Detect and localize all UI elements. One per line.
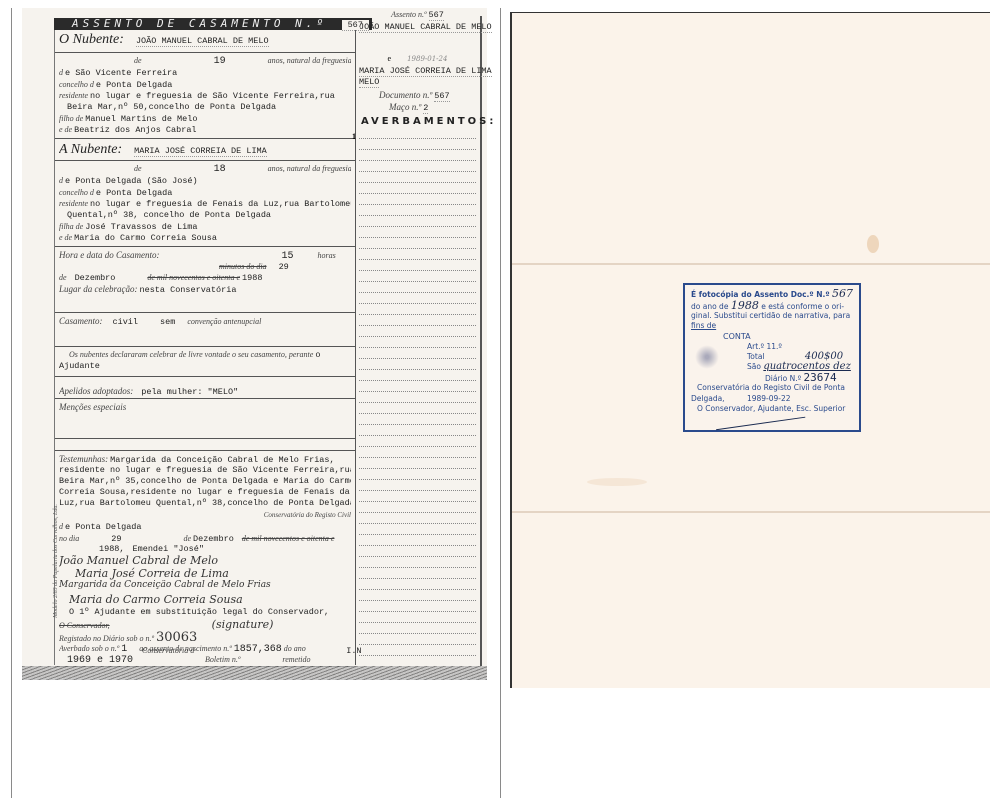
groom-father-row: filho de Manuel Martins de Melo [59,114,351,124]
averbamento-line [359,369,476,370]
divider [55,312,355,313]
signature-witness-1: Margarida da Conceição Cabral de Melo Fr… [59,580,351,590]
divider [55,160,355,161]
averbamento-line [359,160,476,161]
averbamento-line [359,303,476,304]
groom-concelho-row: concelho d e Ponta Delgada [59,80,351,90]
averbamento-line [359,215,476,216]
averbamento-line [359,204,476,205]
bride-mother: Maria do Carmo Correia Sousa [74,233,217,243]
signature-witness-2: Maria do Carmo Correia Sousa [69,593,351,606]
groom-age-row: de 19 anos, natural da freguesia [59,56,351,67]
divider [55,376,355,377]
closing-year-row: 1988, Emendei "José" [59,544,351,554]
averbamento-line [359,270,476,271]
ceremony-place-row: Lugar da celebração: nesta Conservatória [59,284,351,295]
averbamento-line [359,655,476,656]
averbamento-line [359,182,476,183]
averbamento-line [359,336,476,337]
averbamento-line [359,556,476,557]
averbamento-line [359,413,476,414]
stamp-date: 1989-09-22 [747,394,791,403]
averbamento-line [359,391,476,392]
ceremony-day: 29 [279,262,289,272]
convention: sem [160,317,175,327]
bride-residence-row: residente no lugar e freguesia de Fenais… [59,199,351,209]
witness-row-2: Beira Mar,nº 35,concelho de Ponta Delgad… [59,476,351,486]
bride-age-row: de 18 anos, natural da freguesia [59,164,351,175]
fold-crease [512,511,990,513]
groom-residence-row-2: Beira Mar,nº 50,concelho de Ponta Delgad… [67,102,351,112]
side-bride: MARIA JOSÉ CORREIA DE LIMA [359,66,492,77]
groom-row: O Nubente: JOÃO MANUEL CABRAL DE MELO [59,32,351,48]
ceremony-day-row: minutos do dia 29 [59,262,351,272]
divider [55,346,355,347]
stain [867,235,879,253]
bride-name: MARIA JOSÉ CORREIA DE LIMA [134,146,267,157]
conta-label: CONTA [723,332,855,341]
averbamento-line [359,534,476,535]
witness-row-0: Testemunhas: Margarida da Conceição Cabr… [59,454,351,465]
bride-mother-row: e de Maria do Carmo Correia Sousa [59,233,351,243]
groom-residence-2: Beira Mar,nº 50,concelho de Ponta Delgad… [67,102,276,112]
bride-father: José Travassos de Lima [85,222,197,232]
emendation: Emendei "José" [133,544,204,554]
ceremony-time-row: Hora e data do Casamento: 15 horas [59,250,351,262]
divider [55,52,355,53]
divider [55,450,355,451]
fold-crease [512,263,990,265]
printer-margin-note: Modelo 2/85 da Papelaria dos Carvalhos, … [46,448,58,688]
ceremony-hour: 15 [282,251,294,262]
mencoes-row: Menções especiais [59,402,351,412]
ceremony-place: nesta Conservatória [140,285,237,295]
averbamento-line [359,523,476,524]
marriage-type: civil [113,317,139,327]
ceremony-month-row: de Dezembro de mil novecentos e oitenta … [59,273,351,283]
bride-row: A Nubente: MARIA JOSÉ CORREIA DE LIMA [59,142,351,158]
averbamento-line [359,578,476,579]
form-title: ASSENTO DE CASAMENTO N.º 567 [54,18,372,30]
averbamento-line [359,138,476,139]
averbamento-line [359,567,476,568]
averbamento-line [359,314,476,315]
averbamento-line [359,248,476,249]
documento-number: 567 [434,91,449,102]
registo-row: Registado no Diário sob o n.º 30063 [59,630,351,645]
groom-mother: Beatriz dos Anjos Cabral [74,125,196,135]
averbamento-line [359,193,476,194]
averbamento-line [359,402,476,403]
groom-parish: e São Vicente Ferreira [65,68,177,78]
ceremony-month: Dezembro [75,273,116,283]
divider [55,438,355,439]
bride-father-row: filha de José Travassos de Lima [59,222,351,232]
marriage-record-form: ASSENTO DE CASAMENTO N.º 567 O Nubente: … [22,8,487,678]
averbamento-line [359,259,476,260]
bride-concelho: e Ponta Delgada [96,188,173,198]
divider [55,398,355,399]
stain [587,478,647,486]
averbamento-line [359,281,476,282]
witness-row-1: residente no lugar e freguesia de São Vi… [59,465,351,475]
closing-month: Dezembro [193,534,234,544]
bride-residence-2: Quental,nº 38, concelho de Ponta Delgada [67,210,271,220]
averbamento-line [359,457,476,458]
averbamento-line [359,424,476,425]
averbamento-line [359,292,476,293]
averbamento-line [359,435,476,436]
groom-parish-row: d e São Vicente Ferreira [59,68,351,78]
side-column: Assento n.º 567 JOÃO MANUEL CABRAL DE ME… [355,16,482,666]
apelidos-value: pela mulher: "MELO" [141,387,238,397]
averbamento-line [359,325,476,326]
closing-date-row: no dia 29 de Dezembro de mil novecentos … [59,534,351,544]
side-groom: JOÃO MANUEL CABRAL DE MELO [359,22,492,33]
declaration-row: Os nubentes declararam celebrar de livre… [69,350,351,360]
bride-residence-1: no lugar e freguesia de Fenais da Luz,ru… [90,199,351,209]
groom-residence-row: residente no lugar e freguesia de São Vi… [59,91,351,101]
divider [55,138,355,139]
conservatoria-footer: Conservatória d I.N. [142,646,362,656]
groom-residence-1: no lugar e freguesia de São Vicente Ferr… [90,91,335,101]
averbamento-line [359,149,476,150]
conservatoria-row: Conservatória do Registo Civil [59,510,351,519]
bride-parish: e Ponta Delgada (São José) [65,176,198,186]
closing-place-row: d e Ponta Delgada [59,522,351,532]
signature-groom: João Manuel Cabral de Melo [59,554,351,567]
averbamento-line [359,622,476,623]
certification-stamp: É fotocópia do Assento Doc.º N.º 567 do … [683,283,861,432]
averbamento-line [359,501,476,502]
averbamento-line [359,633,476,634]
witness-row-3: Correia Sousa,residente no lugar e fregu… [59,487,351,497]
page-fold-shadow [22,666,487,680]
averbamento-line [359,644,476,645]
signature-bride: Maria José Correia de Lima [75,567,351,580]
apelidos-row: Apelidos adoptados: pela mulher: "MELO" [59,386,351,397]
groom-age: 19 [214,56,226,67]
averbamento-line [359,237,476,238]
averbamento-line [359,226,476,227]
averbamento-line [359,358,476,359]
registo-number: 30063 [156,630,197,645]
closing-day: 29 [111,534,121,544]
averbamento-line [359,600,476,601]
averbamentos-title: AVERBAMENTOS: [361,116,496,127]
averbamento-line [359,545,476,546]
averbamento-line [359,171,476,172]
averbamento-line [359,380,476,381]
bride-age: 18 [214,164,226,175]
bride-parish-row: d e Ponta Delgada (São José) [59,176,351,186]
marriage-type-row: Casamento: civil sem convenção antenupci… [59,316,351,327]
closing-year: 1988, [99,544,125,554]
averbamento-line [359,468,476,469]
officiant: Ajudante [59,361,100,371]
averbado-years-row: 1969 e 1970 Boletim n.º remetido [59,655,351,666]
ceremony-year: 1988 [242,273,262,283]
averbamento-line [359,611,476,612]
seal-emblem-icon [695,345,719,369]
bride-residence-row-2: Quental,nº 38, concelho de Ponta Delgada [67,210,351,220]
averbamento-line [359,589,476,590]
averbamento-line [359,490,476,491]
averbamento-line [359,479,476,480]
witness-row-4: Luz,rua Bartolomeu Quental,nº 38,concelh… [59,498,351,508]
closing-place: e Ponta Delgada [65,522,142,532]
substitution-row: O 1º Ajudante em substituição legal do C… [69,607,351,617]
groom-name: JOÃO MANUEL CABRAL DE MELO [136,36,269,47]
handwritten-note: 1989-01-24 [407,55,447,63]
divider [55,246,355,247]
officiant-row: Ajudante [59,361,351,371]
averbamento-line [359,347,476,348]
groom-father: Manuel Martins de Melo [85,114,197,124]
groom-concelho: e Ponta Delgada [96,80,173,90]
maco-number: 2 [423,103,428,114]
groom-mother-row: e de Beatriz dos Anjos Cabral [59,125,351,135]
averbamento-line [359,512,476,513]
averbamento-line [359,446,476,447]
main-column: O Nubente: JOÃO MANUEL CABRAL DE MELO de… [54,30,356,665]
bride-concelho-row: concelho d e Ponta Delgada [59,188,351,198]
